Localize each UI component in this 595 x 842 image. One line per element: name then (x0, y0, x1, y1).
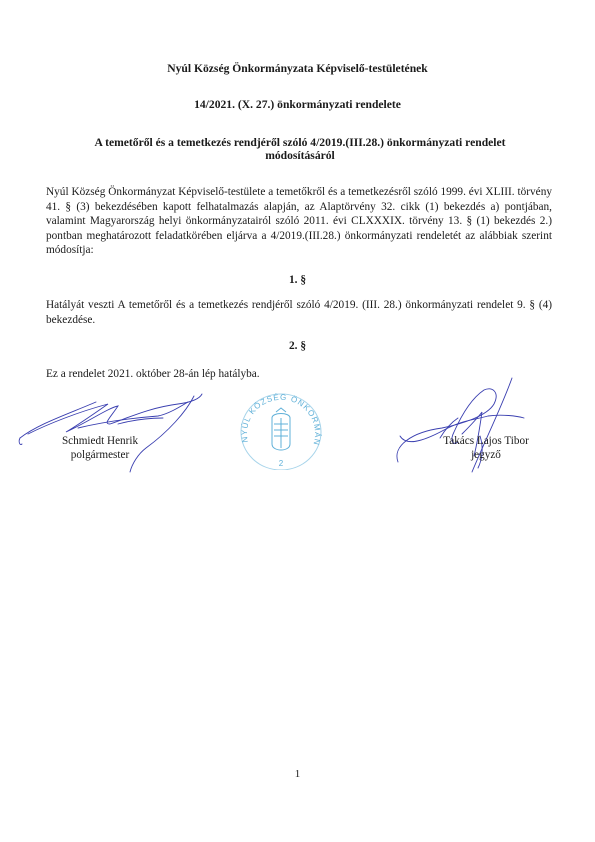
section-1-heading: 1. § (0, 274, 595, 286)
preamble-paragraph: Nyúl Község Önkormányzat Képviselő-testü… (46, 185, 552, 258)
mayor-signature-icon (18, 388, 208, 478)
section-1-text: Hatályát veszti A temetőről és a temetke… (46, 298, 552, 327)
stamp-number: 2 (279, 459, 284, 468)
issuer-heading: Nyúl Község Önkormányzata Képviselő-test… (0, 62, 595, 75)
notary-signature-block: Takács Lajos Tibor jegyző (416, 434, 556, 462)
decree-subject: A temetőről és a temetkezés rendjéről sz… (60, 136, 540, 162)
mayor-signature-block: Schmiedt Henrik polgármester (40, 434, 160, 462)
notary-title: jegyző (416, 448, 556, 462)
decree-number: 14/2021. (X. 27.) önkormányzati rendelet… (0, 98, 595, 111)
document-page: Nyúl Község Önkormányzata Képviselő-test… (0, 0, 595, 842)
mayor-title: polgármester (40, 448, 160, 462)
section-2-text: Ez a rendelet 2021. október 28-án lép ha… (46, 367, 552, 382)
notary-name: Takács Lajos Tibor (416, 434, 556, 448)
official-stamp-icon: NYÚL KÖZSÉG ÖNKORMÁNYZATA 2 (232, 390, 330, 470)
section-2-heading: 2. § (0, 340, 595, 352)
mayor-name: Schmiedt Henrik (40, 434, 160, 448)
stamp-text: NYÚL KÖZSÉG ÖNKORMÁNYZATA (232, 390, 322, 447)
svg-text:NYÚL KÖZSÉG ÖNKORMÁNYZATA: NYÚL KÖZSÉG ÖNKORMÁNYZATA (232, 390, 322, 447)
page-number: 1 (0, 768, 595, 780)
